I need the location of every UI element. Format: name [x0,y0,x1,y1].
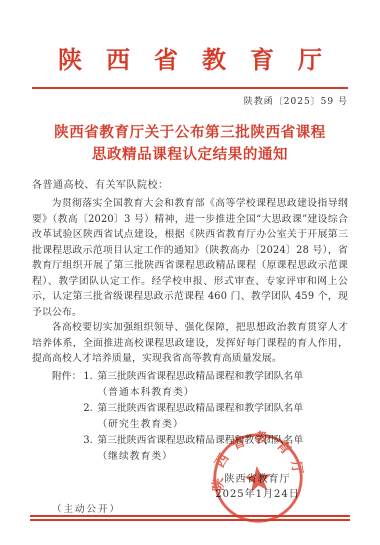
signature-agency: 陕西省教育厅 [195,472,320,487]
signature-block: 陕西省教育厅 2025年1月24日 [195,472,320,502]
attachments-block: 附件： 1. 第三批陕西省课程思政精品课程和教学团队名单 （普通本科教育类） 2… [52,369,348,465]
attachment-text: 第三批陕西省课程思政精品课程和教学团队名单 （普通本科教育类） [97,369,303,401]
attachment-title: 第三批陕西省课程思政精品课程和教学团队名单 [97,401,303,417]
attachment-category: （继续教育类） [97,449,303,465]
document-content: 陕西省教育厅 陕教函〔2025〕59 号 陕西省教育厅关于公布第三批陕西省课程 … [0,0,380,465]
attachments-list: 1. 第三批陕西省课程思政精品课程和教学团队名单 （普通本科教育类） 2. 第三… [83,369,303,465]
attachment-number: 2. [83,401,97,433]
attachment-number: 3. [83,433,97,465]
signature-date: 2025年1月24日 [195,487,320,502]
attachment-category: （研究生教育类） [97,417,303,433]
attachment-item-1: 1. 第三批陕西省课程思政精品课程和教学团队名单 （普通本科教育类） [83,369,303,401]
attachment-text: 第三批陕西省课程思政精品课程和教学团队名单 （研究生教育类） [97,401,303,433]
attachment-text: 第三批陕西省课程思政精品课程和教学团队名单 （继续教育类） [97,433,303,465]
attachment-title: 第三批陕西省课程思政精品课程和教学团队名单 [97,369,303,385]
official-document-page: 陕西省教育厅 陕教函〔2025〕59 号 陕西省教育厅关于公布第三批陕西省课程 … [0,0,380,545]
attachment-item-3: 3. 第三批陕西省课程思政精品课程和教学团队名单 （继续教育类） [83,433,303,465]
document-number: 陕教函〔2025〕59 号 [32,96,348,108]
attachments-label: 附件： [52,369,81,465]
header-divider [32,87,348,89]
attachment-category: （普通本科教育类） [97,385,303,401]
attachment-number: 1. [83,369,97,401]
agency-header: 陕西省教育厅 [32,0,348,74]
document-title-line1: 陕西省教育厅关于公布第三批陕西省课程 [32,122,348,144]
salutation: 各普通高校、有关军队院校： [32,179,348,192]
body-paragraph-2: 各高校要切实加强组织领导、强化保障，把思想政治教育贯穿人才培养体系，全面推进高校… [32,320,348,367]
attachment-title: 第三批陕西省课程思政精品课程和教学团队名单 [97,433,303,449]
document-title-line2: 思政精品课程认定结果的通知 [32,144,348,166]
footer-divider [30,515,350,521]
document-title: 陕西省教育厅关于公布第三批陕西省课程 思政精品课程认定结果的通知 [32,122,348,166]
disclosure-note: （主动公开） [52,501,121,515]
attachment-item-2: 2. 第三批陕西省课程思政精品课程和教学团队名单 （研究生教育类） [83,401,303,433]
body-paragraph-1: 为贯彻落实全国教育大会和教育部《高等学校课程思政建设指导纲要》（教高〔2020〕… [32,196,348,320]
